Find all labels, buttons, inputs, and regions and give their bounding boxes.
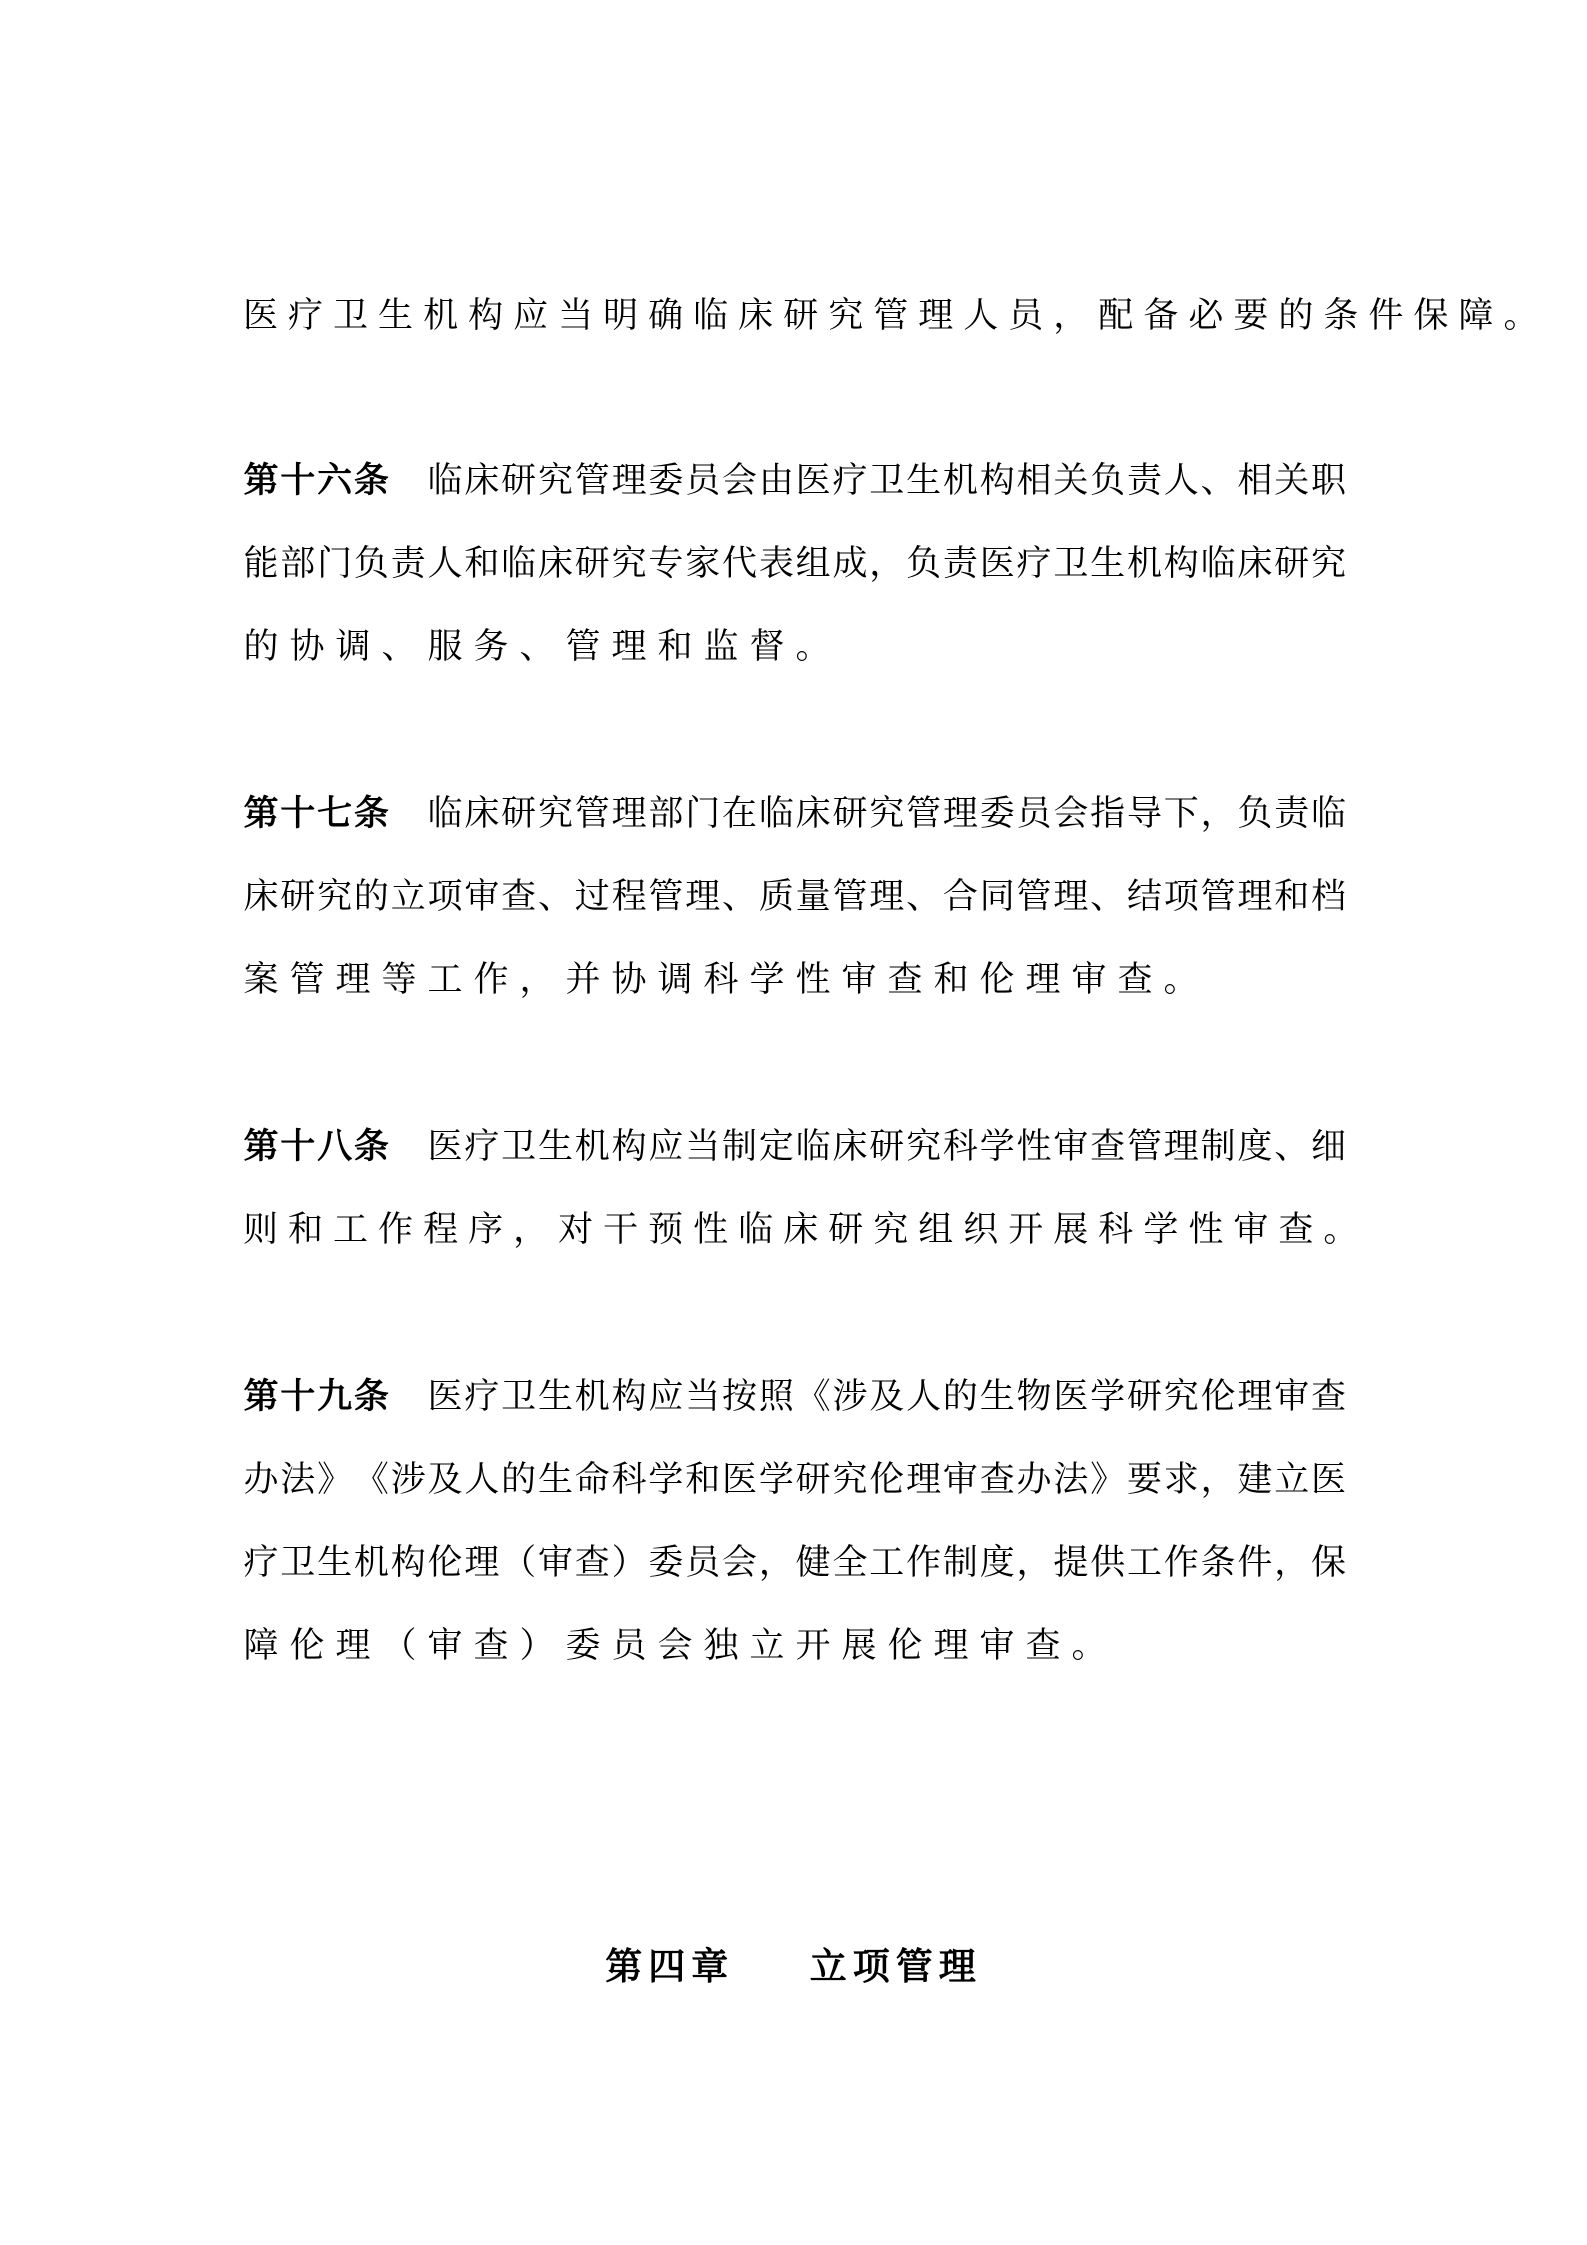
text-line: 第十六条 临床研究管理委员会由医疗卫生机构相关负责人、相关职 (243, 461, 1347, 501)
text-line: 能部门负责人和临床研究专家代表组成，负责医疗卫生机构临床研究 (243, 544, 1347, 584)
text-line: 床研究的立项审查、过程管理、质量管理、合同管理、结项管理和档 (243, 877, 1347, 917)
text-line: 第十七条 临床研究管理部门在临床研究管理委员会指导下，负责临 (243, 794, 1347, 834)
text-line: 第十八条 医疗卫生机构应当制定临床研究科学性审查管理制度、细 (243, 1127, 1347, 1167)
text-line: 障伦理（审查）委员会独立开展伦理审查。 (243, 1626, 1347, 1666)
text-line: 医疗卫生机构应当明确临床研究管理人员，配备必要的条件保障。 (243, 296, 1347, 336)
text-line: 的协调、服务、管理和监督。 (243, 627, 1347, 667)
text-line: 疗卫生机构伦理（审查）委员会，健全工作制度，提供工作条件，保 (243, 1543, 1347, 1583)
chapter-heading: 第四章 立项管理 (0, 1944, 1587, 1988)
text-line: 办法》《涉及人的生命科学和医学研究伦理审查办法》要求，建立医 (243, 1460, 1347, 1500)
text-line: 则和工作程序，对干预性临床研究组织开展科学性审查。 (243, 1210, 1347, 1250)
text-line: 第十九条 医疗卫生机构应当按照《涉及人的生物医学研究伦理审查 (243, 1377, 1347, 1417)
text-line: 案管理等工作，并协调科学性审查和伦理审查。 (243, 960, 1347, 1000)
document-page: 医疗卫生机构应当明确临床研究管理人员，配备必要的条件保障。第十六条 临床研究管理… (0, 0, 1587, 2245)
